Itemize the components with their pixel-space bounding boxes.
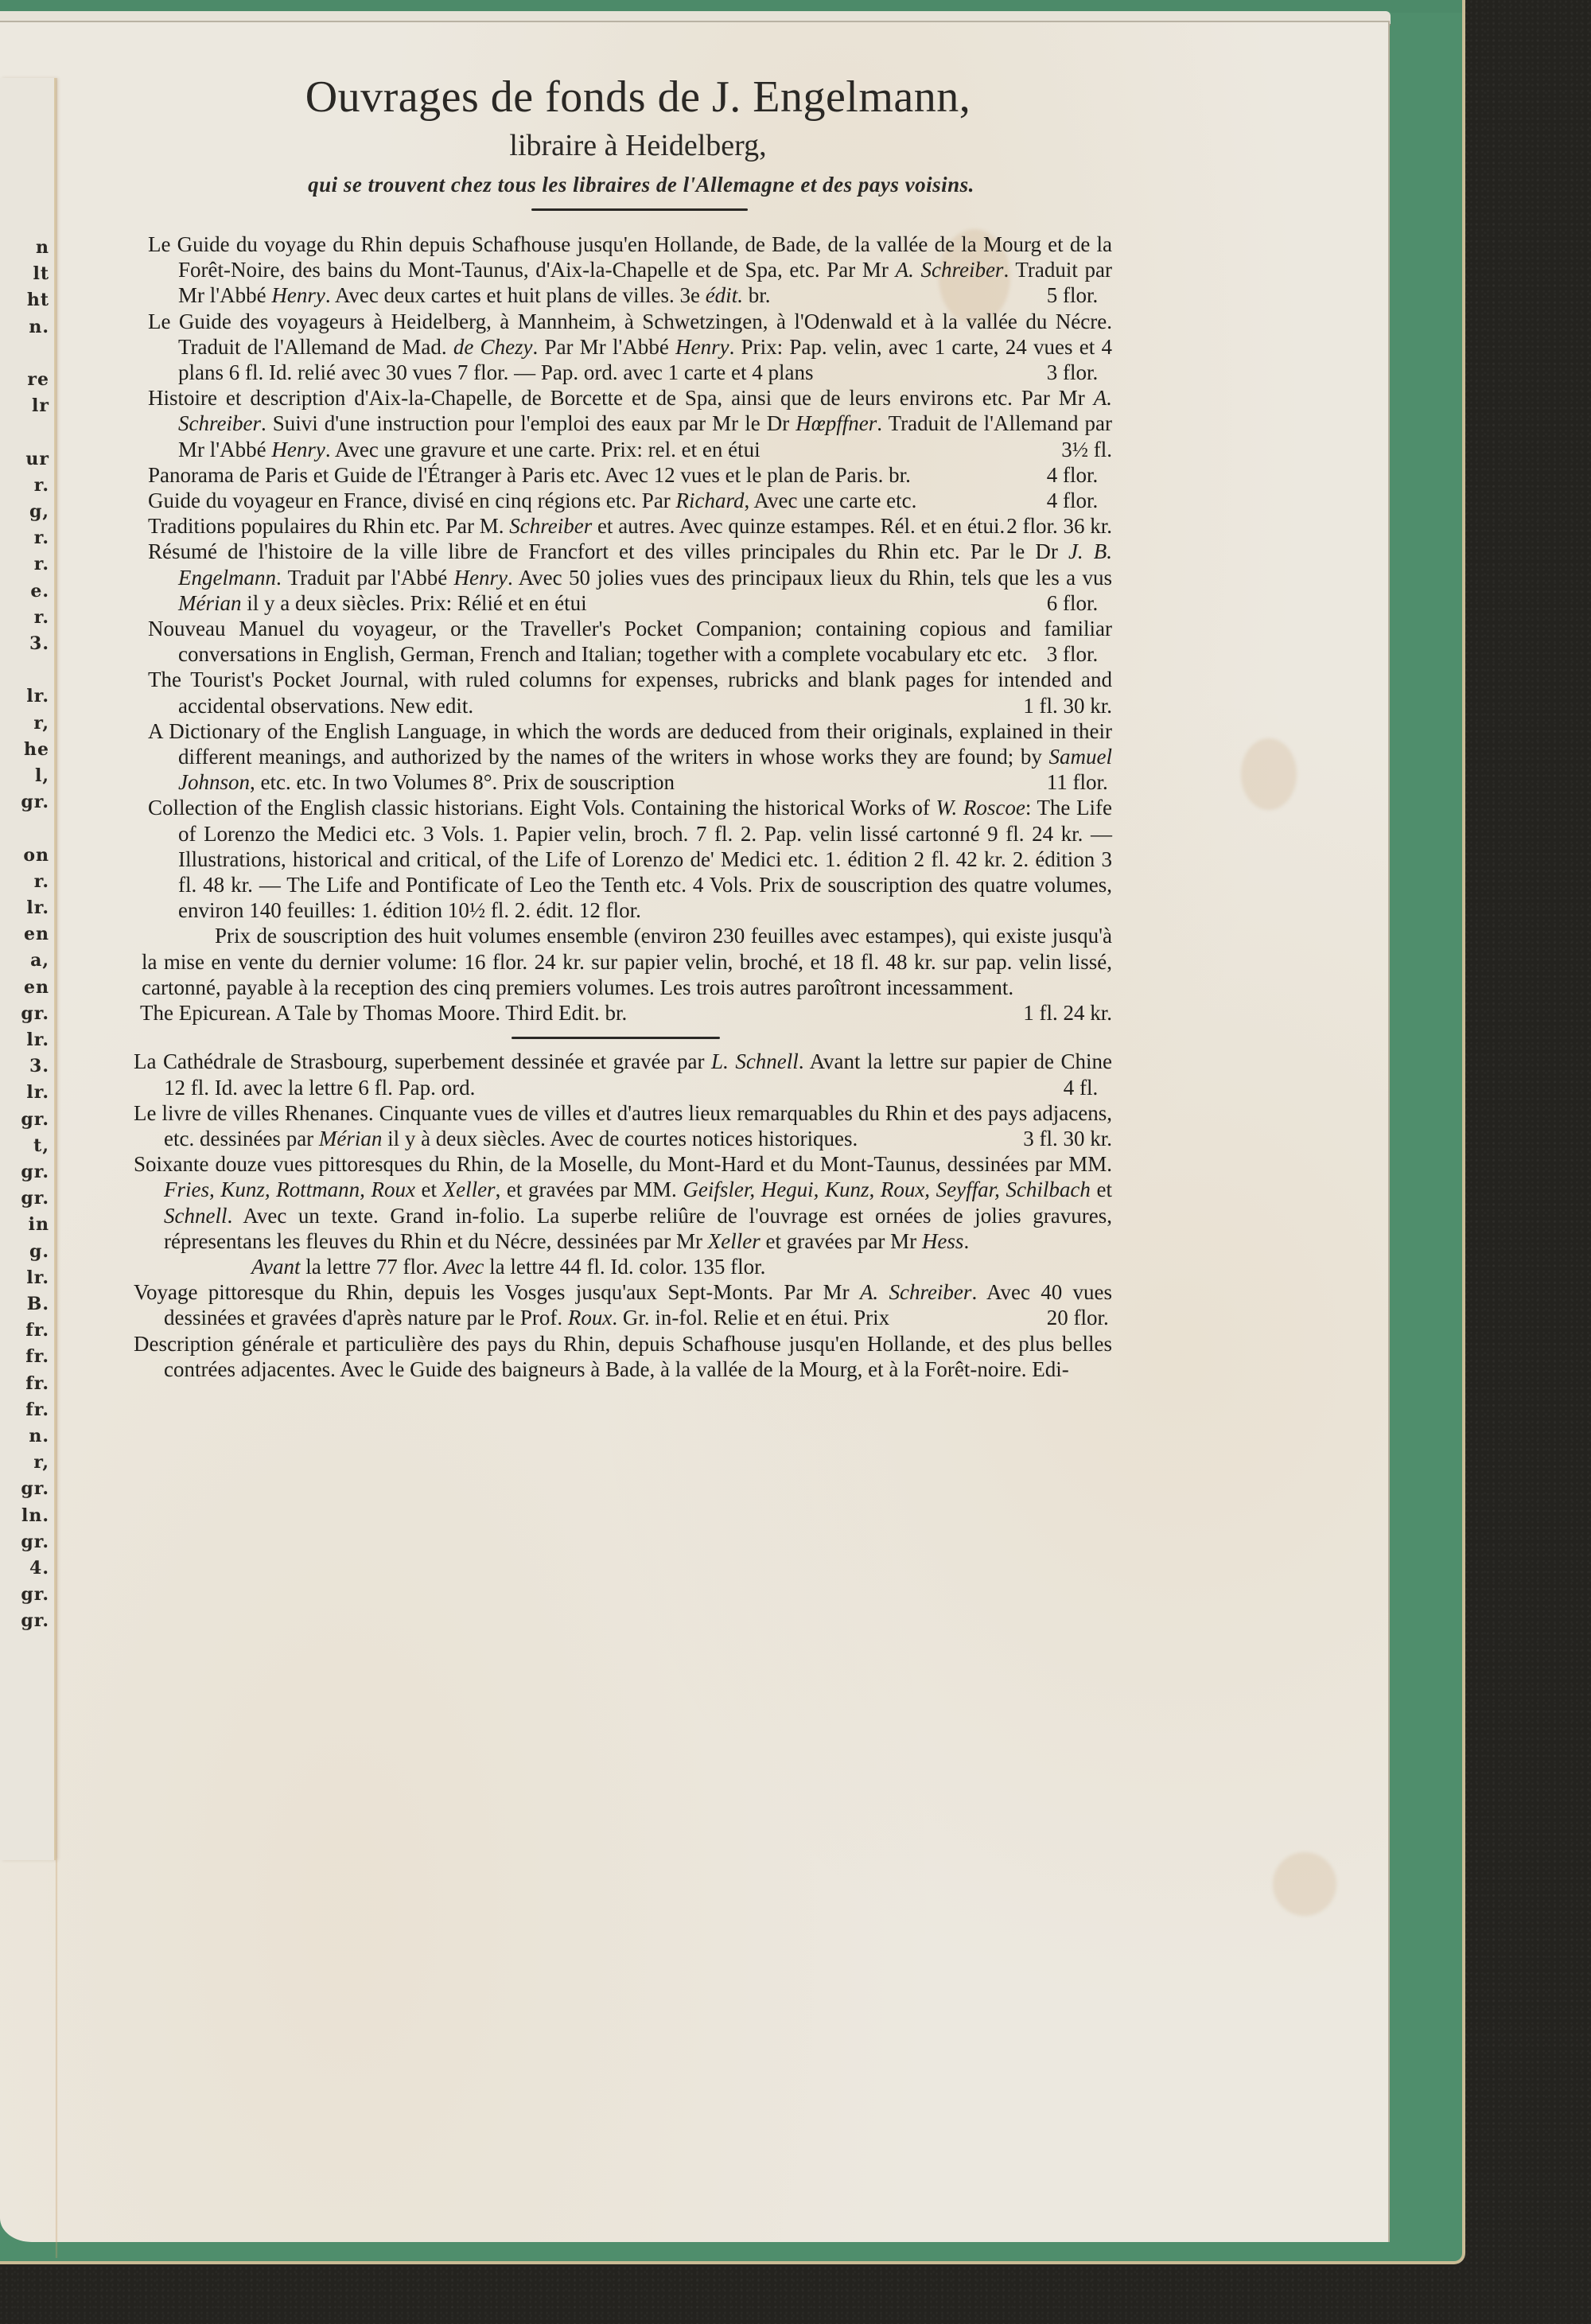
fragment-line: r,	[33, 1452, 49, 1473]
catalog-entry: Collection of the English classic histor…	[148, 795, 1112, 923]
entry-author-italic: A. Schreiber	[860, 1280, 972, 1304]
fragment-line: B.	[27, 1294, 49, 1314]
fragment-line: ur	[25, 449, 49, 469]
entry-author-italic: L. Schnell	[711, 1049, 799, 1073]
entry-author-italic: Mérian	[319, 1127, 382, 1150]
catalog-entry: Description générale et particulière des…	[134, 1331, 1112, 1382]
catalog-entry: Traditions populaires du Rhin etc. Par M…	[148, 513, 1112, 539]
entry-text: . Avec 50 jolies vues des principaux lie…	[508, 566, 1112, 590]
avec-label: Avec	[443, 1255, 484, 1279]
entry-author-italic: Hess	[922, 1229, 964, 1253]
catalog-entry: Soixante douze vues pittoresques du Rhin…	[134, 1151, 1112, 1254]
entry-text: The Epicurean. A Tale by Thomas Moore. T…	[140, 1001, 627, 1025]
entry-text: et autres. Avec quinze estampes. Rél. et…	[592, 514, 1005, 538]
catalog-entry: Le Guide des voyageurs à Heidelberg, à M…	[148, 309, 1112, 386]
subscription-paragraph: Prix de souscription des huit volumes en…	[142, 923, 1112, 1000]
fragment-line: gr.	[21, 1109, 49, 1130]
catalog-entry: Histoire et description d'Aix-la-Chapell…	[148, 385, 1112, 462]
fragment-line: a,	[30, 950, 49, 971]
entry-author-italic: de Chezy	[453, 335, 533, 359]
entry-text: Voyage pittoresque du Rhin, depuis les V…	[134, 1280, 860, 1304]
entry-author-italic: Xeller	[443, 1178, 496, 1201]
fragment-line: lr.	[26, 1030, 49, 1050]
entry-text: La Cathédrale de Strasbourg, superbement…	[134, 1049, 711, 1073]
catalog-entry: Résumé de l'histoire de la ville libre d…	[148, 539, 1112, 616]
entry-text: . Par Mr l'Abbé	[533, 335, 676, 359]
fragment-line: r.	[34, 554, 49, 574]
fragment-line: re	[27, 369, 49, 390]
fragment-line: r,	[33, 713, 49, 734]
fragment-line: gr.	[21, 1162, 49, 1182]
soixante-prices: Avant la lettre 77 flor. Avec la lettre …	[134, 1254, 1112, 1279]
catalog-entry: Voyage pittoresque du Rhin, depuis les V…	[134, 1279, 1112, 1330]
fragment-line: gr.	[21, 1188, 49, 1209]
document-page: Ouvrages de fonds de J. Engelmann, libra…	[148, 72, 1112, 1382]
entry-text: , etc. etc. In two Volumes 8°. Prix de s…	[250, 770, 675, 794]
fragment-line: g.	[29, 1241, 49, 1262]
entry-author-italic: Geifsler, Hegui, Kunz, Roux, Seyffar, Sc…	[683, 1178, 1091, 1201]
entry-price: 3 flor.	[1077, 641, 1112, 667]
fragment-line: ht	[27, 290, 49, 310]
entry-author-italic: Xeller	[708, 1229, 760, 1253]
entry-text: Soixante douze vues pittoresques du Rhin…	[134, 1152, 1112, 1176]
entry-price: 4 fl.	[1094, 1075, 1112, 1100]
entry-price: 1 fl. 30 kr.	[1053, 693, 1112, 718]
catalog-entry-epicurean: 1 fl. 24 kr. The Epicurean. A Tale by Th…	[140, 1000, 1112, 1026]
entry-price: 6 flor.	[1077, 590, 1112, 616]
entry-author-italic: Henry	[454, 566, 508, 590]
catalog-entry: Guide du voyageur en France, divisé en c…	[148, 488, 1112, 513]
fragment-line: ln.	[21, 1505, 49, 1526]
entry-text: .	[963, 1229, 969, 1253]
title-rule	[531, 208, 748, 211]
entry-price: 3½ fl.	[1091, 437, 1112, 462]
fragment-line: g,	[29, 501, 49, 522]
fragment-line: lr.	[26, 1267, 49, 1288]
catalog-entry: The Tourist's Pocket Journal, with ruled…	[148, 667, 1112, 718]
entry-author-italic: W. Roscoe	[936, 796, 1025, 819]
fragment-line: 4.	[29, 1558, 49, 1579]
fragment-line: fr.	[25, 1373, 49, 1394]
catalog-entry: Le livre de villes Rhenanes. Cinquante v…	[134, 1100, 1112, 1151]
entry-author-italic: A. Schreiber	[896, 258, 1004, 282]
catalog-list-part1: Le Guide du voyage du Rhin depuis Schafh…	[148, 232, 1112, 923]
fragment-line: t,	[33, 1135, 49, 1156]
entry-author-italic: Schnell	[164, 1204, 227, 1228]
page-subtitle: libraire à Heidelberg,	[156, 126, 1120, 165]
entry-text: . Traduit par l'Abbé	[276, 566, 454, 590]
catalog-entry: Le Guide du voyage du Rhin depuis Schafh…	[148, 232, 1112, 309]
fragment-line: lr.	[26, 1082, 49, 1103]
fragment-line: en	[24, 924, 49, 944]
entry-author-italic: Henry	[675, 335, 729, 359]
entry-author-italic: Mérian	[178, 591, 241, 615]
entry-text: Nouveau Manuel du voyageur, or the Trave…	[148, 617, 1112, 666]
fragment-line: n	[36, 237, 49, 258]
fragment-line: e.	[30, 581, 49, 601]
fragment-line: gr.	[21, 1003, 49, 1024]
fragment-line: gr.	[21, 1532, 49, 1552]
page-tagline: qui se trouvent chez tous les libraires …	[159, 169, 1123, 200]
fragment-line: r.	[34, 871, 49, 892]
catalog-list-part3: Voyage pittoresque du Rhin, depuis les V…	[134, 1279, 1112, 1382]
entry-text: . Suivi d'une instruction pour l'emploi …	[261, 411, 795, 435]
avant-label: Avant	[251, 1255, 301, 1279]
entry-author-italic: Schreiber	[509, 514, 592, 538]
fragment-line: gr.	[21, 792, 49, 812]
entry-text: , Avec une carte etc.	[745, 489, 917, 512]
fragment-line: on	[23, 845, 49, 866]
fragment-line: 3.	[29, 633, 49, 654]
entry-text: Description générale et particulière des…	[134, 1332, 1112, 1381]
avec-text: la lettre 44 fl. Id. color. 135 flor.	[484, 1255, 765, 1279]
section-rule	[512, 1037, 720, 1039]
entry-text: Guide du voyageur en France, divisé en c…	[148, 489, 676, 512]
entry-author-italic: Richard	[676, 489, 745, 512]
entry-text: Résumé de l'histoire de la ville libre d…	[148, 539, 1068, 563]
entry-price: 4 flor.	[1077, 462, 1112, 488]
entry-price: 2 flor. 36 kr.	[1037, 513, 1112, 539]
entry-text: , et gravées par MM.	[496, 1178, 683, 1201]
fragment-line: gr.	[21, 1610, 49, 1631]
entry-text: Traditions populaires du Rhin etc. Par M…	[148, 514, 509, 538]
entry-author-italic: édit.	[706, 283, 743, 307]
fragment-line: lr.	[26, 686, 49, 707]
entry-price: 11 flor.	[1077, 769, 1112, 795]
fragment-line: n.	[29, 1426, 49, 1446]
foxing-stain	[1273, 1852, 1336, 1916]
entry-text: . Gr. in-fol. Relie et en étui. Prix	[612, 1306, 889, 1329]
entry-author-italic: Fries, Kunz, Rottmann, Roux	[164, 1178, 415, 1201]
entry-text: Histoire et description d'Aix-la-Chapell…	[148, 386, 1094, 410]
fragment-line: n.	[29, 317, 49, 337]
entry-text: . Avec deux cartes et huit plans de vill…	[325, 283, 706, 307]
fragment-line: r.	[34, 527, 49, 548]
catalog-entry: La Cathédrale de Strasbourg, superbement…	[134, 1049, 1112, 1100]
fragment-line: l,	[35, 765, 49, 786]
fragment-line: gr.	[21, 1584, 49, 1605]
entry-price: 5 flor.	[1077, 282, 1112, 308]
fragment-line: fr.	[25, 1399, 49, 1420]
fragment-line: r.	[34, 607, 49, 628]
fragment-line: in	[29, 1214, 49, 1235]
entry-text: br.	[743, 283, 771, 307]
fragment-line: fr.	[25, 1320, 49, 1341]
entry-text: The Tourist's Pocket Journal, with ruled…	[148, 668, 1112, 717]
entry-text: Collection of the English classic histor…	[148, 796, 936, 819]
entry-text: et gravées par Mr	[760, 1229, 922, 1253]
entry-text: et	[1091, 1178, 1112, 1201]
entry-text: Panorama de Paris et Guide de l'Étranger…	[148, 463, 911, 487]
avant-text: la lettre 77 flor.	[301, 1255, 444, 1279]
catalog-entry: Nouveau Manuel du voyageur, or the Trave…	[148, 616, 1112, 667]
entry-price: 3 fl. 30 kr.	[1053, 1126, 1112, 1151]
page-title: Ouvrages de fonds de J. Engelmann,	[156, 72, 1120, 123]
fragment-line: gr.	[21, 1478, 49, 1499]
entry-author-italic: Henry	[271, 283, 325, 307]
entry-author-italic: Roux	[568, 1306, 612, 1329]
fragment-line: lr.	[26, 897, 49, 918]
fragment-line: 3.	[29, 1056, 49, 1076]
entry-price: 1 fl. 24 kr.	[1053, 1000, 1112, 1026]
entry-author-italic: Hœpffner	[795, 411, 877, 435]
fragment-line: r.	[34, 475, 49, 496]
entry-price: 4 flor.	[1077, 488, 1112, 513]
adjacent-page-fragment: nlthtn.relrurr.g,r.r.e.r.3.lr.r,hel,gr.o…	[0, 78, 56, 1860]
foxing-stain	[1241, 738, 1297, 810]
entry-text: il y à deux siècles. Avec de courtes not…	[382, 1127, 858, 1150]
fragment-line: fr.	[25, 1346, 49, 1367]
fragment-line: en	[24, 977, 49, 998]
entry-text: . Avec un texte. Grand in-folio. La supe…	[164, 1204, 1112, 1253]
catalog-entry: Panorama de Paris et Guide de l'Étranger…	[148, 462, 1112, 488]
catalog-list-part2: La Cathédrale de Strasbourg, superbement…	[134, 1049, 1112, 1254]
catalog-entry: A Dictionary of the English Language, in…	[148, 718, 1112, 796]
entry-price: 20 flor.	[1077, 1305, 1112, 1330]
entry-text: il y a deux siècles. Prix: Rélié et en é…	[241, 591, 586, 615]
entry-price: 3 flor.	[1077, 360, 1112, 385]
fragment-line: lt	[33, 263, 49, 284]
entry-text: et	[415, 1178, 443, 1201]
gutter-fold	[56, 78, 58, 2258]
entry-author-italic: Henry	[271, 438, 325, 461]
entry-text: . Avec une gravure et une carte. Prix: r…	[325, 438, 760, 461]
fragment-line: lr	[32, 395, 49, 416]
fragment-line: he	[24, 739, 49, 760]
entry-text: A Dictionary of the English Language, in…	[148, 719, 1112, 769]
